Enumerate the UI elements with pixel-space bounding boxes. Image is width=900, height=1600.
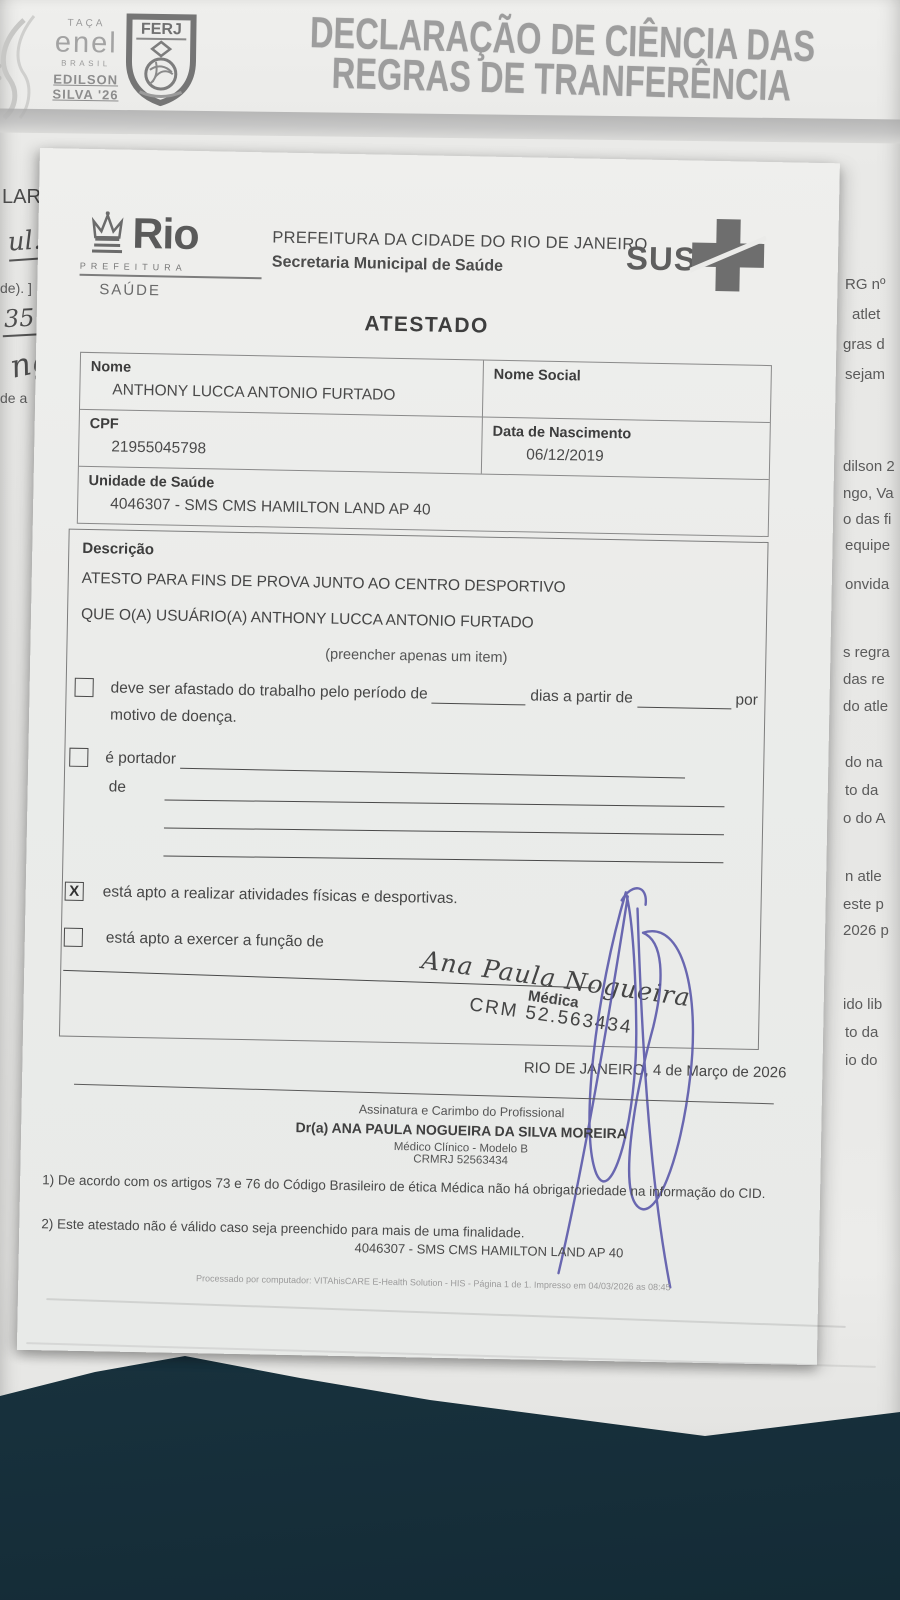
ferj-shield-icon: FERJ — [119, 11, 202, 108]
silva-label: SILVA '26 — [45, 86, 125, 102]
declaration-title: DECLARAÇÃO DE CIÊNCIA DAS REGRAS DE TRAN… — [231, 11, 893, 109]
checkbox-portador — [69, 748, 88, 767]
brasil-label: BRASIL — [46, 58, 126, 68]
patient-table: Nome ANTHONY LUCCA ANTONIO FURTADO Nome … — [77, 352, 772, 537]
sus-logo-text: SUS — [626, 239, 698, 278]
blank-data-inicio — [637, 693, 731, 710]
item1-part2: dias a partir de — [530, 688, 633, 707]
rio-crown-icon — [86, 211, 129, 258]
item1-part3: por — [735, 691, 758, 708]
right-fragment: o das fi — [843, 511, 891, 528]
rio-prefeitura-label: PREFEITURA — [80, 261, 262, 279]
ferj-label: FERJ — [141, 21, 182, 39]
right-fragment: gras d — [843, 336, 885, 353]
org-line1: PREFEITURA DA CIDADE DO RIO DE JANEIRO — [272, 228, 648, 254]
right-fragment: do na — [845, 754, 883, 771]
right-fragment: io do — [845, 1052, 878, 1069]
item1-part1: deve ser afastado do trabalho pelo perío… — [110, 679, 427, 702]
blank-line — [165, 799, 725, 807]
trophy-flourish-icon — [0, 14, 40, 124]
item1-text: deve ser afastado do trabalho pelo perío… — [110, 679, 758, 709]
right-fragment: dilson 2 — [843, 458, 895, 475]
item2-de: de — [109, 778, 127, 796]
taca-enel-logo: TAÇA enel BRASIL EDILSON SILVA '26 — [45, 17, 126, 102]
rio-prefeitura-logo: Rio PREFEITURA SAÚDE — [79, 211, 269, 215]
right-fragment: o do A — [843, 810, 886, 827]
item2-text: é portador — [105, 749, 685, 778]
cpf-label: CPF — [90, 416, 472, 439]
item2-part1: é portador — [105, 749, 176, 767]
descricao-label: Descrição — [82, 540, 154, 558]
right-fragment: do atle — [843, 698, 888, 715]
item4-text: está apto a exercer a função de — [106, 929, 324, 951]
cell-nome-social: Nome Social — [483, 361, 771, 422]
right-fragment: 2026 p — [843, 922, 889, 939]
item3-text: está apto a realizar atividades físicas … — [103, 883, 458, 908]
checkbox-apto-atividades-checked: X — [65, 882, 84, 901]
right-fragment: ngo, Va — [843, 485, 894, 502]
left-fragment: LAR — [2, 186, 41, 209]
right-fragment: equipe — [845, 537, 890, 554]
org-line2: Secretaria Municipal de Saúde — [272, 253, 504, 275]
item1-line2: motivo de doença. — [110, 706, 237, 726]
enel-logo-text: enel — [46, 28, 126, 57]
rio-logo-text: Rio — [132, 214, 199, 255]
blank-line — [163, 855, 723, 863]
nome-value: ANTHONY LUCCA ANTONIO FURTADO — [112, 381, 472, 406]
right-fragment: este p — [843, 896, 884, 913]
descricao-line1: ATESTO PARA FINS DE PROVA JUNTO AO CENTR… — [82, 570, 566, 597]
left-fragment: de a — [0, 390, 27, 406]
left-fragment: de). ] — [0, 280, 32, 296]
cell-unidade: Unidade de Saúde 4046307 - SMS CMS HAMIL… — [78, 467, 769, 536]
rio-saude-label: SAÚDE — [99, 281, 161, 299]
right-fragment: RG nº — [845, 276, 886, 293]
nome-social-label: Nome Social — [494, 367, 761, 388]
right-fragment: das re — [843, 671, 885, 688]
atestado-title: ATESTADO — [37, 306, 817, 345]
signature-block: Assinatura e Carimbo do Profissional Dr(… — [101, 1097, 822, 1173]
blank-dias — [432, 689, 526, 706]
right-fragment: atlet — [852, 306, 880, 323]
cpf-value: 21955045798 — [111, 438, 471, 463]
edilson-label: EDILSON — [46, 71, 126, 87]
right-fragment: to da — [845, 782, 878, 799]
cell-nome: Nome ANTHONY LUCCA ANTONIO FURTADO — [80, 353, 484, 417]
atestado-sheet: Rio PREFEITURA SAÚDE PREFEITURA DA CIDAD… — [17, 148, 840, 1365]
shadow-band — [0, 108, 900, 143]
nascimento-value: 06/12/2019 — [526, 446, 759, 468]
right-fragment: n atle — [845, 868, 882, 885]
right-fragment: onvida — [845, 576, 889, 593]
checkbox-apto-funcao — [64, 928, 83, 947]
cell-nascimento: Data de Nascimento 06/12/2019 — [482, 418, 770, 479]
checkbox-afastado — [74, 678, 93, 697]
checkbox-x-mark: X — [66, 883, 83, 900]
right-fragment: s regra — [843, 644, 890, 661]
descricao-line2: QUE O(A) USUÁRIO(A) ANTHONY LUCCA ANTONI… — [81, 606, 534, 633]
nome-social-value — [515, 389, 760, 412]
nome-label: Nome — [91, 359, 473, 382]
fill-one-item-note: (preencher apenas um item) — [67, 642, 765, 671]
right-fragment: sejam — [845, 366, 885, 383]
blank-line — [164, 827, 724, 835]
right-fragment: ido lib — [843, 996, 882, 1013]
cell-cpf: CPF 21955045798 — [79, 410, 483, 474]
sus-cross-icon — [689, 217, 766, 294]
nascimento-label: Data de Nascimento — [492, 424, 759, 445]
blank-portador — [180, 754, 685, 779]
right-fragment: to da — [845, 1024, 878, 1041]
table-row: Unidade de Saúde 4046307 - SMS CMS HAMIL… — [78, 467, 769, 536]
